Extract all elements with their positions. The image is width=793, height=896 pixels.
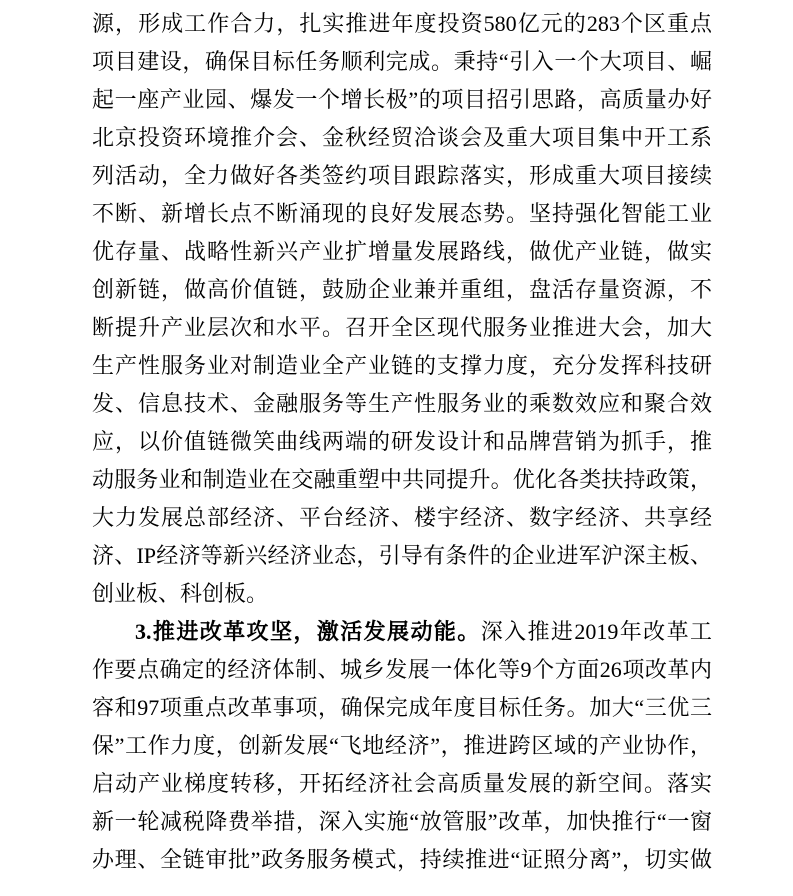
text-line-paragraph-end: 创业板、科创板。 (92, 575, 712, 613)
text-line: 生产性服务业对制造业全产业链的支撑力度，充分发挥科技研 (92, 347, 712, 385)
text-line: 源，形成工作合力，扎实推进年度投资580亿元的283个区重点 (92, 5, 712, 43)
text-line: 不断、新增长点不断涌现的良好发展态势。坚持强化智能工业 (92, 195, 712, 233)
document-text-block: 源，形成工作合力，扎实推进年度投资580亿元的283个区重点 项目建设，确保目标… (92, 5, 712, 879)
text-line: 保”工作力度，创新发展“飞地经济”，推进跨区域的产业协作， (92, 727, 712, 765)
text-line: 项目建设，确保目标任务顺利完成。秉持“引入一个大项目、崛 (92, 43, 712, 81)
text-line: 应，以价值链微笑曲线两端的研发设计和品牌营销为抓手，推 (92, 423, 712, 461)
paragraph-heading: 3.推进改革攻坚，激活发展动能。 (135, 619, 481, 644)
text-line: 济、IP经济等新兴经济业态，引导有条件的企业进军沪深主板、 (92, 537, 712, 575)
text-line: 发、信息技术、金融服务等生产性服务业的乘数效应和聚合效 (92, 385, 712, 423)
text-line: 新一轮减税降费举措，深入实施“放管服”改革，加快推行“一窗 (92, 803, 712, 841)
text-line: 优存量、战略性新兴产业扩增量发展路线，做优产业链，做实 (92, 233, 712, 271)
text-line: 动服务业和制造业在交融重塑中共同提升。优化各类扶持政策， (92, 461, 712, 499)
text-line: 断提升产业层次和水平。召开全区现代服务业推进大会，加大 (92, 309, 712, 347)
text-line: 作要点确定的经济体制、城乡发展一体化等9个方面26项改革内 (92, 651, 712, 689)
text-line: 创新链，做高价值链，鼓励企业兼并重组，盘活存量资源，不 (92, 271, 712, 309)
text-line: 容和97项重点改革事项，确保完成年度目标任务。加大“三优三 (92, 689, 712, 727)
text-line: 北京投资环境推介会、金秋经贸洽谈会及重大项目集中开工系 (92, 119, 712, 157)
text-line: 办理、全链审批”政务服务模式，持续推进“证照分离”，切实做 (92, 841, 712, 879)
text-line: 起一座产业园、爆发一个增长极”的项目招引思路，高质量办好 (92, 81, 712, 119)
text-line: 列活动，全力做好各类签约项目跟踪落实，形成重大项目接续 (92, 157, 712, 195)
text-line: 大力发展总部经济、平台经济、楼宇经济、数字经济、共享经 (92, 499, 712, 537)
text-segment: 深入推进2019年改革工 (481, 619, 712, 644)
document-page: 源，形成工作合力，扎实推进年度投资580亿元的283个区重点 项目建设，确保目标… (0, 0, 793, 896)
text-line-paragraph-start: 3.推进改革攻坚，激活发展动能。深入推进2019年改革工 (92, 613, 712, 651)
text-line: 启动产业梯度转移，开拓经济社会高质量发展的新空间。落实 (92, 765, 712, 803)
